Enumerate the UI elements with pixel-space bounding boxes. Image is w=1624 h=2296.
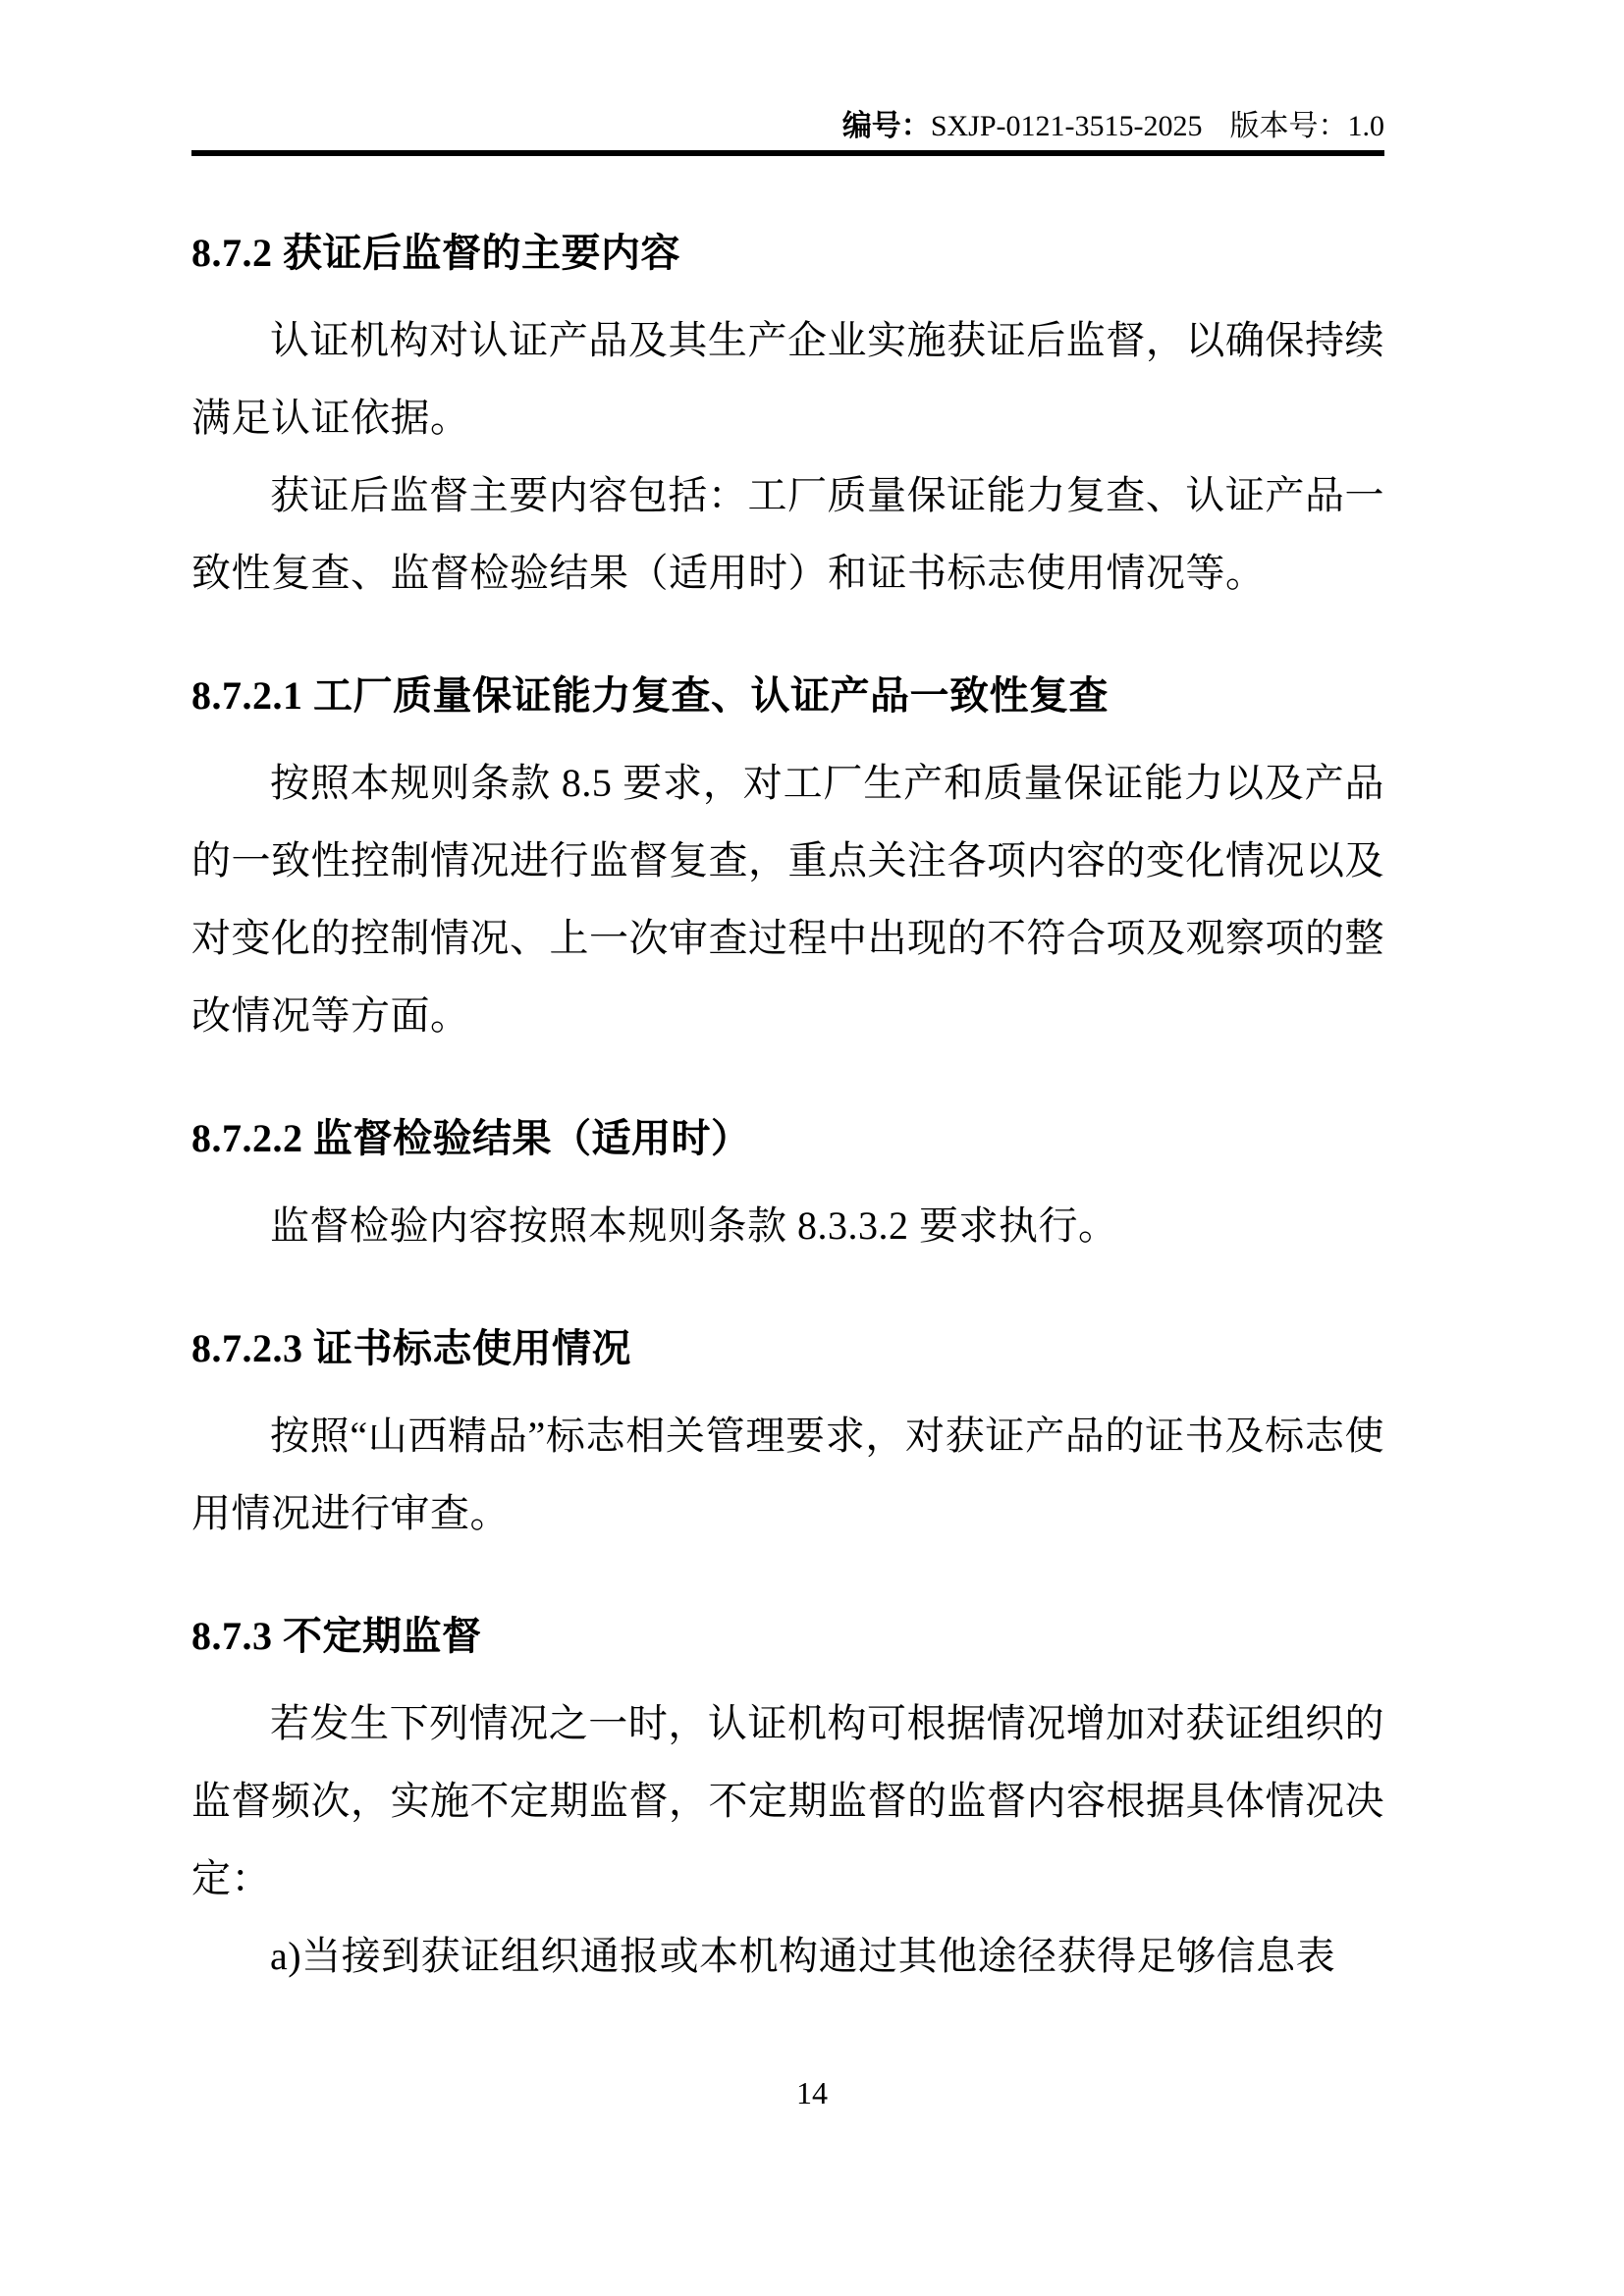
section-heading-8-7-3: 8.7.3 不定期监督 — [191, 1597, 1384, 1675]
section-heading-8-7-2: 8.7.2 获证后监督的主要内容 — [191, 214, 1384, 292]
section-heading-8-7-2-2: 8.7.2.2 监督检验结果（适用时） — [191, 1099, 1384, 1177]
section-heading-8-7-2-1: 8.7.2.1 工厂质量保证能力复查、认证产品一致性复查 — [191, 657, 1384, 734]
body-paragraph-list-item-a: a)当接到获证组织通报或本机构通过其他途径获得足够信息表 — [191, 1917, 1384, 1995]
page-header: 编号：SXJP-0121-3515-2025版本号：1.0 — [191, 108, 1384, 145]
body-paragraph: 按照“山西精品”标志相关管理要求，对获证产品的证书及标志使用情况进行审查。 — [191, 1397, 1384, 1552]
doc-code-value: SXJP-0121-3515-2025 — [931, 110, 1203, 142]
document-body: 8.7.2 获证后监督的主要内容 认证机构对认证产品及其生产企业实施获证后监督，… — [191, 187, 1384, 1995]
doc-version-label: 版本号： — [1230, 110, 1348, 142]
page-footer: 14 — [0, 2073, 1624, 2112]
doc-version-value: 1.0 — [1348, 110, 1385, 142]
body-paragraph: 若发生下列情况之一时，认证机构可根据情况增加对获证组织的监督频次，实施不定期监督… — [191, 1684, 1384, 1917]
doc-code-label: 编号： — [842, 110, 931, 142]
body-paragraph: 按照本规则条款 8.5 要求，对工厂生产和质量保证能力以及产品的一致性控制情况进… — [191, 744, 1384, 1054]
header-divider-line — [191, 150, 1384, 156]
page-number: 14 — [796, 2075, 828, 2110]
section-heading-8-7-2-3: 8.7.2.3 证书标志使用情况 — [191, 1309, 1384, 1387]
body-paragraph: 获证后监督主要内容包括：工厂质量保证能力复查、认证产品一致性复查、监督检验结果（… — [191, 456, 1384, 612]
document-page: 编号：SXJP-0121-3515-2025版本号：1.0 8.7.2 获证后监… — [0, 0, 1624, 2296]
body-paragraph: 监督检验内容按照本规则条款 8.3.3.2 要求执行。 — [191, 1187, 1384, 1264]
body-paragraph: 认证机构对认证产品及其生产企业实施获证后监督，以确保持续满足认证依据。 — [191, 301, 1384, 456]
